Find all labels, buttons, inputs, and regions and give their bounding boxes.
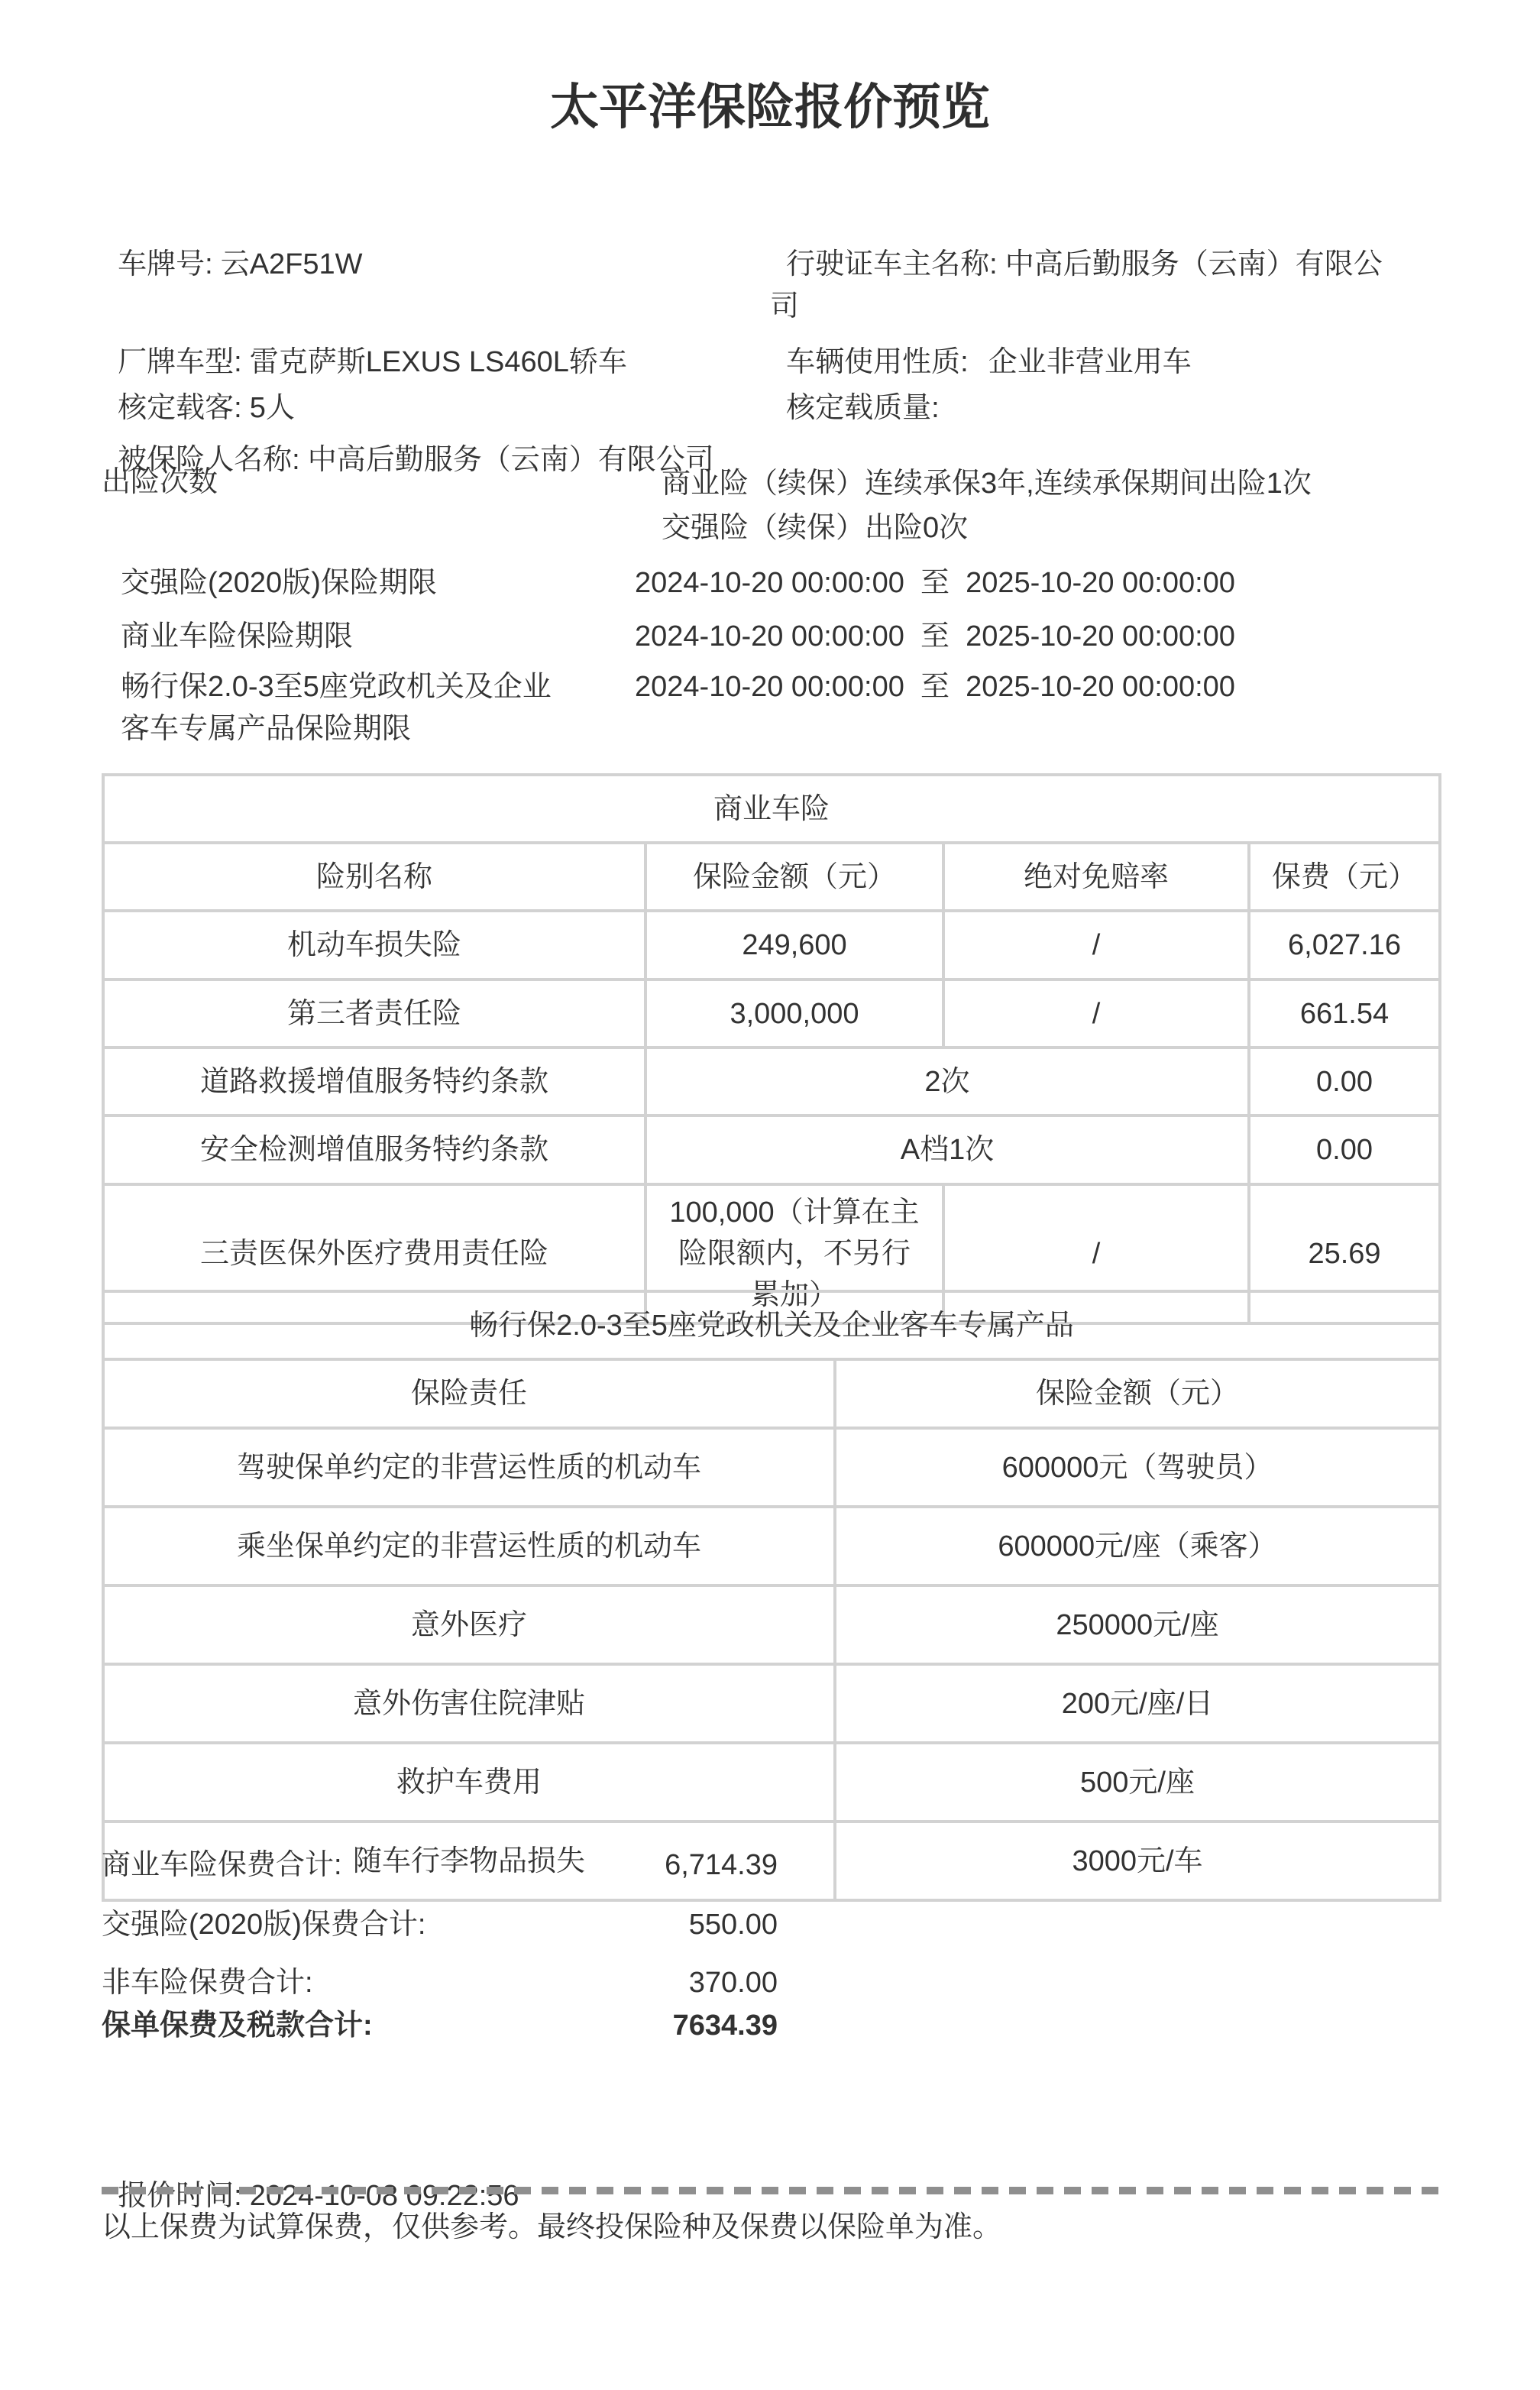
table-row: 意外医疗 250000元/座 [103,1585,1440,1664]
page-title: 太平洋保险报价预览 [0,76,1540,138]
usage-value: 企业非营业用车 [988,346,1192,378]
coverage-deductible: / [943,980,1249,1048]
coverage-name: 道路救援增值服务特约条款 [103,1048,645,1116]
disclaimer-text: 以上保费为试算保费，仅供参考。最终投保险种及保费以保险单为准。 [102,2207,1446,2249]
commercial-insurance-table: 商业车险 险别名称 保险金额（元） 绝对免赔率 保费（元） 机动车损失险 249… [102,773,1441,1325]
coverage-premium: 0.00 [1249,1116,1440,1184]
col-header-deductible: 绝对免赔率 [943,843,1249,911]
product-table: 畅行保2.0-3至5座党政机关及企业客车专属产品 保险责任 保险金额（元） 驾驶… [102,1290,1441,1902]
grand-total-value: 7634.39 [102,2005,778,2047]
plate-label: 车牌号: [118,248,213,280]
compulsory-total-value: 550.00 [102,1904,778,1946]
period-commercial-value: 2024-10-20 00:00:00 至 2025-10-20 00:00:0… [635,616,1235,658]
table-title-row: 商业车险 [103,775,1440,843]
period-commercial-label: 商业车险保险期限 [121,616,610,658]
col-header-premium: 保费（元） [1249,843,1440,911]
table-row: 第三者责任险 3,000,000 / 661.54 [103,980,1440,1048]
table-row: 救护车费用 500元/座 [103,1743,1440,1822]
table-title-row: 畅行保2.0-3至5座党政机关及企业客车专属产品 [103,1291,1440,1359]
dashed-divider [102,2187,1440,2194]
coverage-amount: 249,600 [645,911,943,980]
liability-name: 救护车费用 [103,1743,835,1822]
col-header-amount: 保险金额（元） [835,1359,1440,1428]
period-compulsory-label: 交强险(2020版)保险期限 [121,562,610,604]
liability-name: 意外伤害住院津贴 [103,1664,835,1743]
table-header-row: 险别名称 保险金额（元） 绝对免赔率 保费（元） [103,843,1440,911]
table-row: 安全检测增值服务特约条款 A档1次 0.00 [103,1116,1440,1184]
period-product-label: 畅行保2.0-3至5座党政机关及企业客车专属产品保险期限 [121,666,562,750]
plate-field: 车牌号:云A2F51W [102,202,363,286]
col-header-name: 险别名称 [103,843,645,911]
coverage-premium: 6,027.16 [1249,911,1440,980]
coverage-name: 安全检测增值服务特约条款 [103,1116,645,1184]
load-label: 核定载质量: [786,392,940,424]
coverage-amount: A档1次 [645,1116,1249,1184]
coverage-premium: 661.54 [1249,980,1440,1048]
commercial-table-title: 商业车险 [103,775,1440,843]
commercial-total-value: 6,714.39 [102,1844,778,1886]
liability-amount: 3000元/车 [835,1822,1440,1900]
coverage-deductible: / [943,911,1249,980]
liability-amount: 600000元/座（乘客） [835,1507,1440,1585]
quote-time-field: 报价时间:2024-10-08 09:22:56 [102,2133,519,2217]
liability-name: 乘坐保单约定的非营运性质的机动车 [103,1507,835,1585]
claims-line-compulsory: 交强险（续保）出险0次 [662,506,1448,550]
claims-line-commercial: 商业险（续保）连续承保3年,连续承保期间出险1次 [662,461,1448,506]
owner-label: 行驶证车主名称: [786,248,998,280]
col-header-liability: 保险责任 [103,1359,835,1428]
period-compulsory-value: 2024-10-20 00:00:00 至 2025-10-20 00:00:0… [635,562,1235,604]
liability-amount: 250000元/座 [835,1585,1440,1664]
coverage-amount: 3,000,000 [645,980,943,1048]
table-row: 驾驶保单约定的非营运性质的机动车 600000元（驾驶员） [103,1428,1440,1507]
table-row: 乘坐保单约定的非营运性质的机动车 600000元/座（乘客） [103,1507,1440,1585]
non-vehicle-total-value: 370.00 [102,1962,778,2004]
table-row: 道路救援增值服务特约条款 2次 0.00 [103,1048,1440,1116]
claims-label: 出险次数 [102,461,218,504]
coverage-premium: 0.00 [1249,1048,1440,1116]
liability-amount: 500元/座 [835,1743,1440,1822]
plate-value: 云A2F51W [221,248,363,280]
model-value: 雷克萨斯LEXUS LS460L轿车 [250,346,627,378]
liability-name: 驾驶保单约定的非营运性质的机动车 [103,1428,835,1507]
liability-amount: 200元/座/日 [835,1664,1440,1743]
insured-value: 中高后勤服务（云南）有限公司 [308,444,714,476]
liability-amount: 600000元（驾驶员） [835,1428,1440,1507]
coverage-name: 第三者责任险 [103,980,645,1048]
table-row: 意外伤害住院津贴 200元/座/日 [103,1664,1440,1743]
period-product-value: 2024-10-20 00:00:00 至 2025-10-20 00:00:0… [635,666,1235,708]
coverage-amount: 2次 [645,1048,1249,1116]
col-header-amount: 保险金额（元） [645,843,943,911]
table-header-row: 保险责任 保险金额（元） [103,1359,1440,1428]
product-table-title: 畅行保2.0-3至5座党政机关及企业客车专属产品 [103,1291,1440,1359]
coverage-name: 机动车损失险 [103,911,645,980]
liability-name: 意外医疗 [103,1585,835,1664]
load-field: 核定载质量: [770,345,947,429]
claims-value: 商业险（续保）连续承保3年,连续承保期间出险1次 交强险（续保）出险0次 [662,461,1448,550]
table-row: 机动车损失险 249,600 / 6,027.16 [103,911,1440,980]
